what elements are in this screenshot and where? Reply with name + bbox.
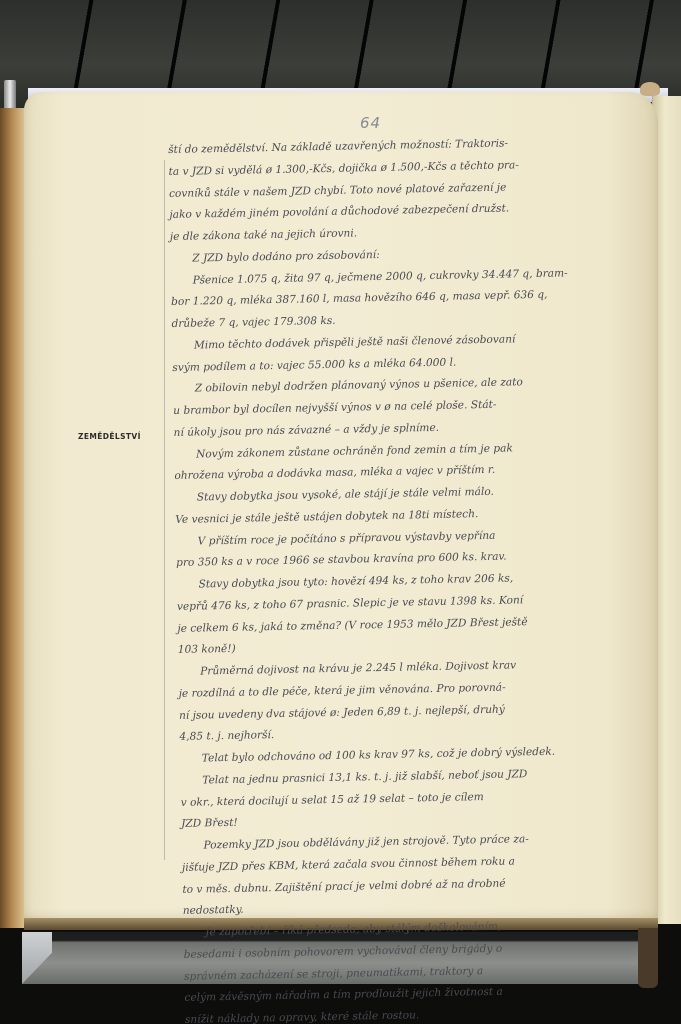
page-number: 64 [360,114,381,132]
margin-rule [164,160,165,860]
page-corner-tab [640,82,660,96]
handwritten-text-body: ští do zemědělství. Na základě uzavřenýc… [168,131,655,1024]
section-margin-label: ZEMĚDĚLSTVÍ [78,432,141,441]
